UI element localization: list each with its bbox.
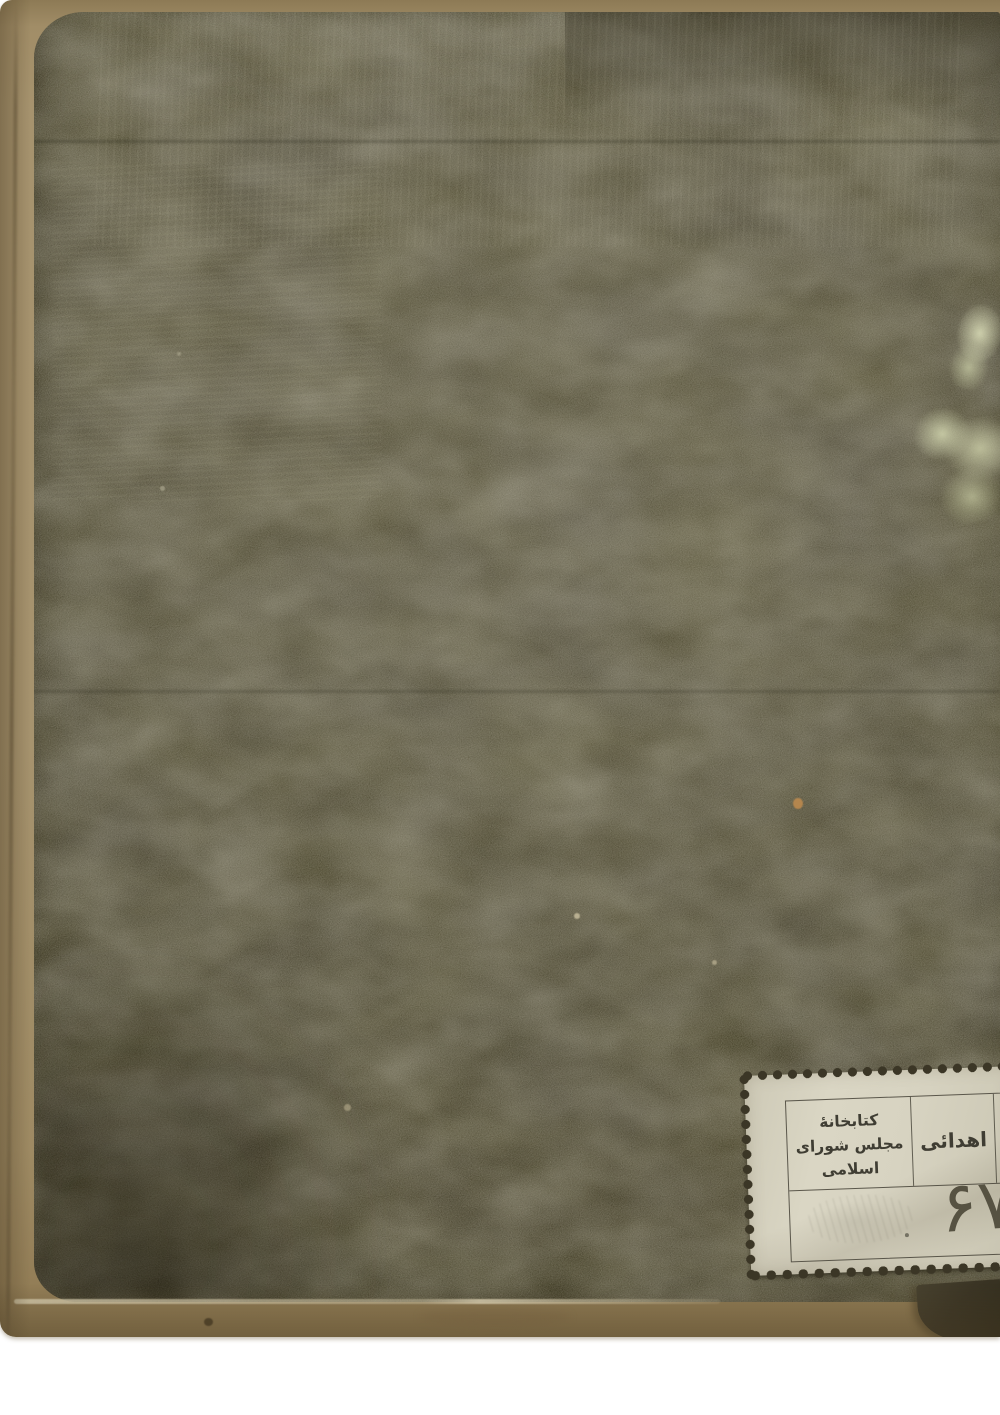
wear-speck [177, 352, 181, 356]
wear-speck [160, 486, 165, 491]
paint-blotch-upper [938, 298, 1000, 394]
shelf-number: ۶۷ [937, 1168, 1000, 1243]
label-table: کتابخانۀ مجلس شورای اسلامی اهدائی ۶۷ [785, 1091, 1000, 1263]
book-back-cover: کتابخانۀ مجلس شورای اسلامی اهدائی ۶۷ [0, 0, 1000, 1337]
library-name-line: کتابخانۀ [819, 1108, 879, 1134]
bottom-edge-highlight [14, 1299, 720, 1304]
edge-stain-speck [204, 1318, 213, 1326]
wear-speck [344, 1104, 351, 1111]
fold-crease-middle [34, 690, 1000, 693]
scanned-book-cover: کتابخانۀ مجلس شورای اسلامی اهدائی ۶۷ [0, 0, 1000, 1415]
wear-speck [793, 798, 803, 809]
library-name-line: مجلس شورای [795, 1131, 904, 1159]
edge-stain-smudge [420, 1308, 570, 1326]
library-name-line: اسلامی [821, 1156, 879, 1182]
wear-speck [712, 960, 717, 965]
pencil-dot [905, 1233, 909, 1237]
label-number-row: ۶۷ [789, 1182, 1000, 1262]
pencil-smudge [807, 1193, 913, 1245]
scuff-marks-left [52, 162, 382, 502]
cover-corner-fold [916, 1279, 1000, 1337]
library-stamp-label: کتابخانۀ مجلس شورای اسلامی اهدائی ۶۷ [744, 1066, 1000, 1276]
page-edge-crease [6, 0, 18, 1337]
library-name-cell: کتابخانۀ مجلس شورای اسلامی [786, 1097, 914, 1191]
wear-speck [574, 913, 580, 919]
